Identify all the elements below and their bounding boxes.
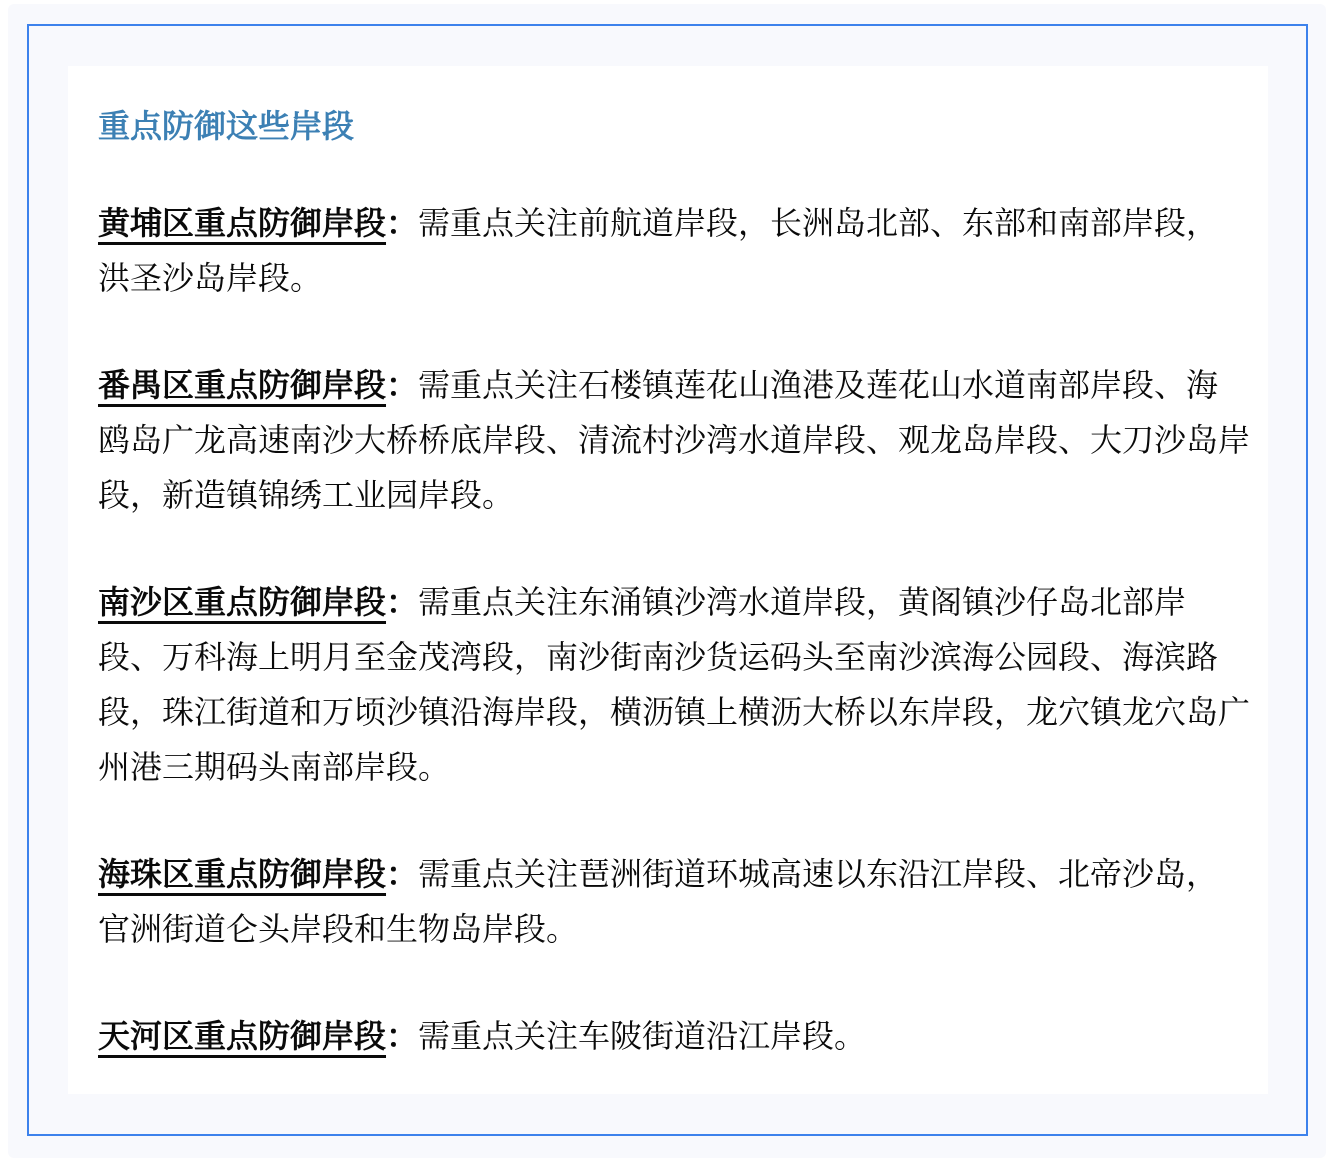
paragraph-haizhu: 海珠区重点防御岸段：需重点关注琶洲街道环城高速以东沿江岸段、北帝沙岛，官洲街道仑… bbox=[98, 847, 1250, 957]
paragraph-huangpu: 黄埔区重点防御岸段：需重点关注前航道岸段，长洲岛北部、东部和南部岸段，洪圣沙岛岸… bbox=[98, 196, 1250, 306]
paragraph-colon: ： bbox=[386, 856, 418, 892]
paragraph-panyu: 番禺区重点防御岸段：需重点关注石楼镇莲花山渔港及莲花山水道南部岸段、海鸥岛广龙高… bbox=[98, 358, 1250, 523]
paragraph-lead: 黄埔区重点防御岸段 bbox=[98, 205, 386, 241]
paragraph-colon: ： bbox=[386, 367, 418, 403]
article-page: 重点防御这些岸段 黄埔区重点防御岸段：需重点关注前航道岸段，长洲岛北部、东部和南… bbox=[0, 0, 1328, 1166]
paragraph-tianhe: 天河区重点防御岸段：需重点关注车陂街道沿江岸段。 bbox=[98, 1009, 1250, 1064]
section-heading: 重点防御这些岸段 bbox=[98, 106, 1250, 146]
article-card: 重点防御这些岸段 黄埔区重点防御岸段：需重点关注前航道岸段，长洲岛北部、东部和南… bbox=[68, 66, 1268, 1094]
paragraph-nansha: 南沙区重点防御岸段：需重点关注东涌镇沙湾水道岸段，黄阁镇沙仔岛北部岸段、万科海上… bbox=[98, 575, 1250, 795]
paragraph-lead: 番禺区重点防御岸段 bbox=[98, 367, 386, 403]
paragraph-lead: 南沙区重点防御岸段 bbox=[98, 584, 386, 620]
paragraph-colon: ： bbox=[386, 584, 418, 620]
paragraph-colon: ： bbox=[386, 205, 418, 241]
paragraph-body: 需重点关注车陂街道沿江岸段。 bbox=[418, 1018, 866, 1054]
paragraph-lead: 天河区重点防御岸段 bbox=[98, 1018, 386, 1054]
paragraph-colon: ： bbox=[386, 1018, 418, 1054]
blue-border-frame: 重点防御这些岸段 黄埔区重点防御岸段：需重点关注前航道岸段，长洲岛北部、东部和南… bbox=[27, 24, 1308, 1136]
paragraph-lead: 海珠区重点防御岸段 bbox=[98, 856, 386, 892]
